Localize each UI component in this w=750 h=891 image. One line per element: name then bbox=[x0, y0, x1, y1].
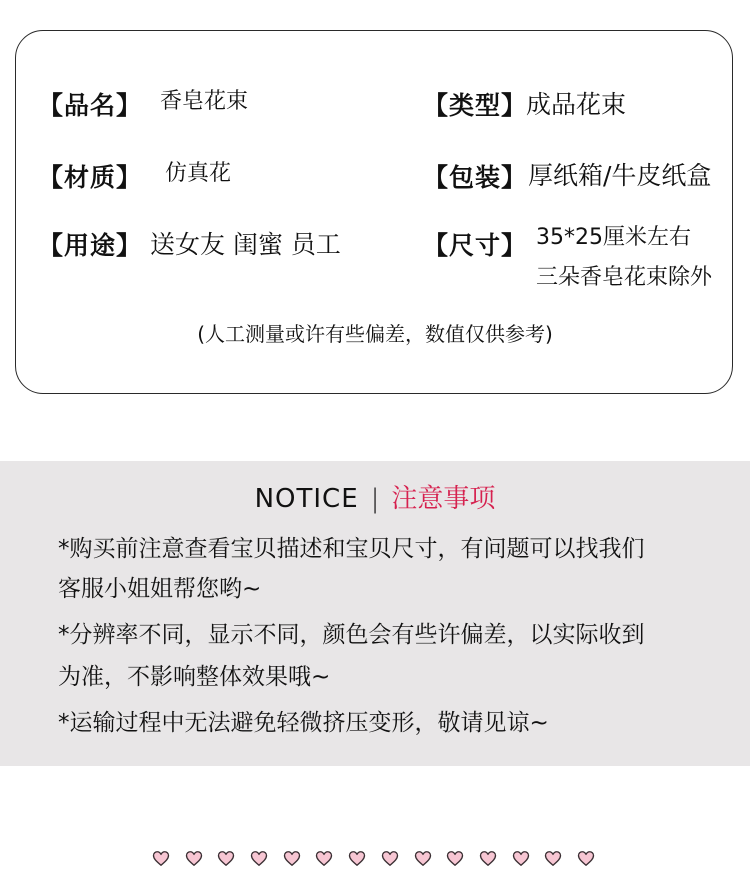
heart-icon bbox=[348, 850, 366, 867]
heart-divider bbox=[152, 850, 595, 867]
spec-label-name: 【品名】 bbox=[38, 86, 142, 122]
spec-value-name: 香皂花束 bbox=[160, 84, 248, 115]
heart-icon bbox=[446, 850, 464, 867]
heart-icon bbox=[381, 850, 399, 867]
heart-icon bbox=[217, 850, 235, 867]
notice-line-2: 客服小姐姐帮您哟~ bbox=[58, 570, 261, 603]
spec-label-packaging: 【包装】 bbox=[423, 158, 527, 194]
notice-line-1: *购买前注意查看宝贝描述和宝贝尺寸，有问题可以找我们 bbox=[58, 530, 645, 563]
heart-icon bbox=[479, 850, 497, 867]
spec-label-usage: 【用途】 bbox=[38, 226, 142, 262]
heart-icon bbox=[283, 850, 301, 867]
notice-heading: NOTICE|注意事项 bbox=[0, 478, 750, 515]
spec-label-type: 【类型】 bbox=[423, 86, 527, 122]
heart-icon bbox=[512, 850, 530, 867]
spec-value-material: 仿真花 bbox=[165, 156, 231, 187]
heart-icon bbox=[414, 850, 432, 867]
measurement-disclaimer: (人工测量或许有些偏差，数值仅供参考) bbox=[0, 318, 750, 347]
spec-value-size-note: 三朵香皂花束除外 bbox=[536, 260, 712, 291]
notice-line-5: *运输过程中无法避免轻微挤压变形，敬请见谅~ bbox=[58, 704, 549, 737]
heart-icon bbox=[250, 850, 268, 867]
spec-label-size: 【尺寸】 bbox=[423, 226, 527, 262]
spec-value-size: 35*25厘米左右 bbox=[536, 220, 691, 251]
notice-title-zh: 注意事项 bbox=[391, 484, 495, 514]
notice-line-4: 为准，不影响整体效果哦~ bbox=[58, 658, 330, 691]
heart-icon bbox=[544, 850, 562, 867]
spec-label-material: 【材质】 bbox=[38, 158, 142, 194]
spec-value-type: 成品花束 bbox=[526, 85, 626, 121]
notice-line-3: *分辨率不同，显示不同，颜色会有些许偏差，以实际收到 bbox=[58, 616, 645, 649]
heart-icon bbox=[152, 850, 170, 867]
heart-icon bbox=[577, 850, 595, 867]
heart-icon bbox=[315, 850, 333, 867]
notice-separator: | bbox=[371, 484, 380, 514]
notice-title-en: NOTICE bbox=[255, 484, 359, 514]
heart-icon bbox=[185, 850, 203, 867]
spec-value-packaging: 厚纸箱/牛皮纸盒 bbox=[528, 156, 711, 192]
spec-value-usage: 送女友 闺蜜 员工 bbox=[150, 225, 341, 261]
